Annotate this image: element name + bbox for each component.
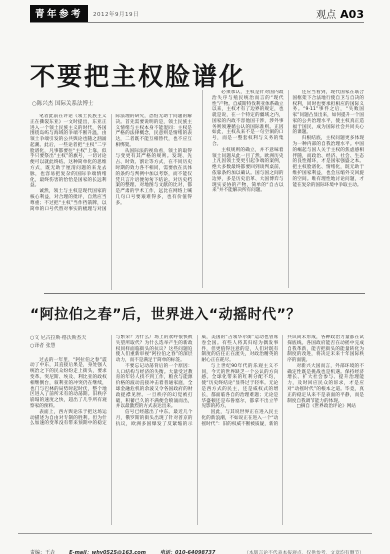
masthead-group: 青年参考 2012年9月19日 [30, 5, 139, 22]
article2-body: ○文 尼古拉斯·格沃斯杰夫 ○译者 张慧 过去的一年里，“阿拉伯之春”震动了中东… [30, 335, 364, 525]
page-number: A03 [340, 8, 364, 21]
article-divider-rule [44, 293, 365, 294]
paragraph: 必须承认，主权是针对国内政治失序与殖民统治而言的“现代性”产物。自威斯特伐利亚体… [212, 90, 284, 148]
footer-disclaimer: （本版言论不代表本报观点，仅供参考，文章均有删节） [244, 549, 364, 554]
paragraph: 主权规则的确立，并不意味着领土问题从此一目了然。欧洲历史上凡因领土变更引起争端的… [212, 148, 284, 194]
issue-date: 2012年9月19日 [93, 10, 139, 18]
article2-byline-translator: ○译者 张慧 [30, 343, 107, 351]
article-sovereignty: 不要把主权脸谱化 ○陈兴杰 国际关系法博士 笔者此前在评论《领土民族主义正在撕裂… [30, 57, 364, 291]
section-name: 观点 [316, 6, 336, 21]
paragraph: 归根结底，主权问题更多体现为一种内部的自我治理水平。中国的崛起与国人关于主权的焦… [293, 136, 365, 188]
page-footer: 责编：王垚 E-mail：why0525@163.com 电话：010-6409… [30, 539, 364, 554]
article1-body-left: 笔者此前在评论《领土民族主义正在撕裂东亚》一文时提出，东亚正进入一个领土民族主义… [30, 114, 192, 290]
paragraph: 从国际法的视角看，领土的取得与变更有其严格的规则。发现、先占、时效、割让等方式，… [116, 149, 193, 207]
paragraph: 对新兴大国而言，外部环境的不确定性既是挑战也是机遇。保持经济增长、扩大社会参与、… [287, 364, 364, 404]
article2-title: “阿拉伯之春”后，世界进入“动摇时代”？ [30, 304, 364, 324]
paragraph: 与上世纪90年代的乐观主义不同，今天的世界缺乏一个公认的方向感。全球化带来的红利… [202, 364, 279, 410]
article1-byline: ○陈兴杰 国际关系法博士 [32, 99, 192, 107]
article1-title: 不要把主权脸谱化 [30, 57, 192, 93]
article1-left-block: 不要把主权脸谱化 ○陈兴杰 国际关系法博士 笔者此前在评论《领土民族主义正在撕裂… [30, 57, 192, 291]
paragraph: 不要忘记动荡背后的一个原因：人口结构与经济的失衡。大量受过教育的年轻人找不到工作… [116, 364, 193, 410]
article2-source: □摘自《世界政治评论》网站 [287, 404, 364, 410]
footer-editor: 责编：王垚 [30, 550, 55, 554]
footer-phone: 电话：010-64098737 [160, 550, 215, 554]
article1-body-right: 必须承认，主权是针对国内政治失序与殖民统治而言的“现代性”产物。自威斯特伐利亚体… [202, 90, 364, 288]
footer-contact-group: 责编：王垚 E-mail：why0525@163.com 电话：010-6409… [30, 539, 224, 554]
article2-byline-author: ○文 尼古拉斯·格沃斯杰夫 [30, 335, 107, 343]
paragraph: 过去的一年里，“阿拉伯之春”震动了中东，其直接后果是，身处强人统治之下的民众纷纷… [30, 358, 107, 410]
footer-email: E-mail：why0525@163.com [69, 550, 146, 554]
page-header: 青年参考 2012年9月19日 观点 A03 [30, 5, 364, 22]
byline-spacer [30, 351, 107, 358]
header-rule [30, 22, 364, 23]
paragraph: 笔者此前在评论《领土民族主义正在撕裂东亚》一文时提出，东亚正进入一个领土民族主义… [30, 114, 107, 189]
section-group: 观点 A03 [316, 6, 364, 21]
footer-rule [18, 533, 372, 534]
article1-right-block: 必须承认，主权是针对国内政治失序与殖民统治而言的“现代性”产物。自威斯特伐利亚体… [202, 57, 364, 291]
paragraph: 还应当看到，现代国家在联合国框架下合法地行使自卫与自决的权利，同时也要承担相应的… [293, 90, 365, 136]
article-arab-spring: “阿拉伯之春”后，世界进入“动摇时代”？ ○文 尼古拉斯·格沃斯杰夫 ○译者 张… [30, 302, 364, 525]
masthead-logo: 青年参考 [30, 5, 88, 22]
